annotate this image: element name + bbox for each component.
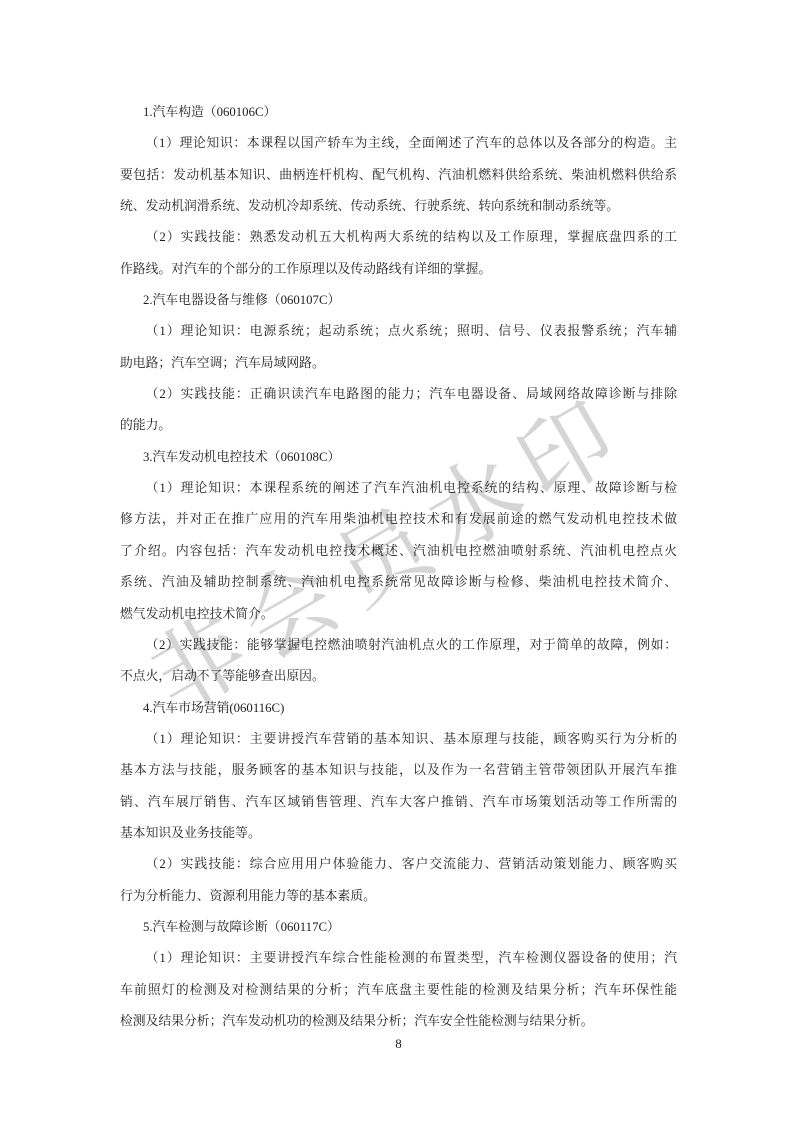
page-footer: 8 (120, 1036, 677, 1052)
text-line: 助电路；汽车空调；汽车局域网路。 (120, 348, 677, 379)
text-line: 了介绍。内容包括：汽车发动机电控技术概述、汽油机电控燃油喷射系统、汽油机电控点火 (120, 536, 677, 567)
text-line: （1）理论知识：主要讲授汽车营销的基本知识、基本原理与技能，顾客购买行为分析的 (120, 724, 677, 755)
text-line: （2）实践技能：能够掌握电控燃油喷射汽油机点火的工作原理，对于简单的故障，例如： (120, 630, 677, 661)
text-line: 检测及结果分析；汽车发动机功的检测及结果分析；汽车安全性能检测与结果分析。 (120, 1006, 677, 1037)
text-line: 车前照灯的检测及对检测结果的分析；汽车底盘主要性能的检测及结果分析；汽车环保性能 (120, 975, 677, 1006)
document-page: 非会员水印 1.汽车构造（060106C）（1）理论知识：本课程以国产轿车为主线… (0, 0, 793, 1122)
page-number: 8 (395, 1036, 402, 1051)
text-line: （2）实践技能：熟悉发动机五大机构两大系统的结构以及工作原理，掌握底盘四系的工 (120, 222, 677, 253)
text-line: 销、汽车展厅销售、汽车区域销售管理、汽车大客户推销、汽车市场策划活动等工作所需的 (120, 787, 677, 818)
text-line: （2）实践技能：综合应用用户体验能力、客户交流能力、营销活动策划能力、顾客购买 (120, 849, 677, 880)
section-heading: 5.汽车检测与故障诊断（060117C） (120, 912, 677, 943)
text-line: 修方法，并对正在推广应用的汽车用柴油机电控技术和有发展前途的燃气发动机电控技术做 (120, 504, 677, 535)
section-heading: 4.汽车市场营销(060116C) (120, 693, 677, 724)
text-line: 作路线。对汽车的个部分的工作原理以及传动路线有详细的掌握。 (120, 254, 677, 285)
text-line: （1）理论知识：电源系统；起动系统；点火系统；照明、信号、仪表报警系统；汽车辅 (120, 316, 677, 347)
text-line: 不点火，启动不了等能够查出原因。 (120, 661, 677, 692)
text-line: 的能力。 (120, 410, 677, 441)
text-line: 燃气发动机电控技术简介。 (120, 599, 677, 630)
document-body: 1.汽车构造（060106C）（1）理论知识：本课程以国产轿车为主线，全面阐述了… (120, 97, 677, 1037)
text-line: （1）理论知识：主要讲授汽车综合性能检测的布置类型，汽车检测仪器设备的使用；汽 (120, 943, 677, 974)
text-line: 基本方法与技能，服务顾客的基本知识与技能，以及作为一名营销主管带领团队开展汽车推 (120, 755, 677, 786)
text-line: （2）实践技能：正确识读汽车电路图的能力；汽车电器设备、局域网络故障诊断与排除 (120, 379, 677, 410)
text-line: 行为分析能力、资源利用能力等的基本素质。 (120, 881, 677, 912)
text-line: 系统、汽油及辅助控制系统、汽油机电控系统常见故障诊断与检修、柴油机电控技术简介、 (120, 567, 677, 598)
text-line: （1）理论知识：本课程系统的阐述了汽车汽油机电控系统的结构、原理、故障诊断与检 (120, 473, 677, 504)
section-heading: 3.汽车发动机电控技术（060108C） (120, 442, 677, 473)
section-heading: 1.汽车构造（060106C） (120, 97, 677, 128)
text-line: 基本知识及业务技能等。 (120, 818, 677, 849)
text-line: 要包括：发动机基本知识、曲柄连杆机构、配气机构、汽油机燃料供给系统、柴油机燃料供… (120, 160, 677, 191)
text-line: 统、发动机润滑系统、发动机冷却系统、传动系统、行驶系统、转向系统和制动系统等。 (120, 191, 677, 222)
text-line: （1）理论知识：本课程以国产轿车为主线，全面阐述了汽车的总体以及各部分的构造。主 (120, 128, 677, 159)
section-heading: 2.汽车电器设备与维修（060107C） (120, 285, 677, 316)
